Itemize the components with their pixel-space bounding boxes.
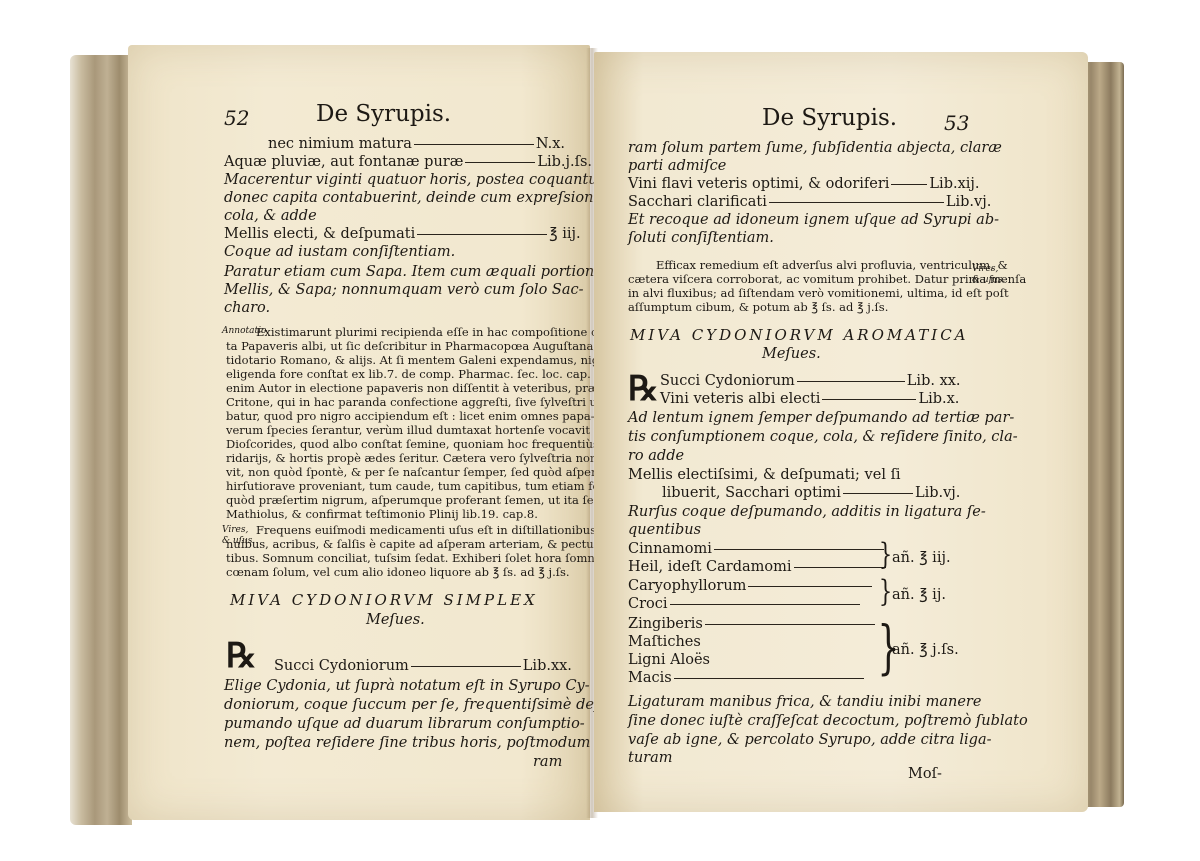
text-line: Rurſus coque deſpumando, additis in liga… — [628, 503, 986, 521]
commentary-line: enim Autor in electione papaveris non di… — [226, 381, 630, 395]
text-line: Elige Cydonia, ut ſuprà notatum eſt in S… — [224, 677, 590, 695]
measure: Lib.xij. — [929, 176, 979, 192]
commentary-line: hirſutiorave proveniant, tum caude, tum … — [226, 479, 620, 493]
text-line: Et recoque ad idoneum ignem uſque ad Syr… — [628, 211, 999, 229]
margin-note-vires: Vires, — [972, 264, 998, 275]
section-author: Meſues. — [762, 345, 821, 363]
usage-line: cœnam ſolum, vel cum alio idoneo liquore… — [226, 565, 570, 579]
leader-dashes — [748, 586, 872, 587]
usage-line: in alvi fluxibus; ad ſiſtendam verò vomi… — [628, 286, 1009, 300]
leader-dashes — [822, 399, 916, 400]
ingredient-line: Mellis electi, & deſpumati℥ iij. — [224, 225, 581, 243]
commentary-line: ridarijs, & hortis propè ædes ſeritur. C… — [226, 451, 623, 465]
text-line: Ad lentum ignem ſemper deſpumando ad ter… — [628, 409, 1014, 427]
margin-note-vires: Vires, — [222, 525, 248, 536]
commentary-line: verum ſpecies ſerantur, verùm illud dumt… — [226, 423, 590, 437]
ingredient-line: Vini veteris albi electiLib.x. — [660, 390, 959, 408]
usage-line: Efficax remedium eſt adverſus alvi profl… — [656, 258, 1008, 272]
ingredient-line: Aquæ pluviæ, aut fontanæ puræLib.j.ſs. — [224, 153, 592, 171]
text-line: Mellis, & Sapa; nonnumquam verò cum ſolo… — [224, 281, 584, 299]
leader-dashes — [794, 567, 886, 568]
text-line: Ligaturam manibus frica, & tandiu inibi … — [628, 693, 981, 711]
spice-line: Cinnamomi — [628, 540, 886, 558]
spice-line: Heil, ideſt Cardamomi — [628, 558, 888, 576]
usage-line: cætera viſcera corroborat, ac vomitum pr… — [628, 272, 1026, 286]
leader-dashes — [411, 666, 521, 667]
measure: ℥ iij. — [549, 226, 580, 242]
leader-dashes — [670, 604, 860, 605]
text-line: quentibus — [628, 521, 701, 539]
leader-dashes — [843, 493, 913, 494]
text-line: donec capita contabuerint, deinde cum ex… — [224, 189, 602, 207]
commentary-line: ta Papaveris albi, ut ſic deſcribitur in… — [226, 339, 620, 353]
text-line: doniorum, coque ſuccum per ſe, frequenti… — [224, 696, 604, 714]
catchword: Moſ- — [908, 765, 942, 783]
measure: Lib.xx. — [523, 658, 572, 674]
usage-line: nuibus, acribus, & ſalſis è capite ad aſ… — [226, 537, 636, 551]
ingredient-line: libuerit, Sacchari optimiLib.vj. — [662, 484, 960, 502]
text-line: vaſe ab igne, & percolato Syrupo, adde c… — [628, 731, 992, 749]
section-title: MIVA CYDONIORVM AROMATICA — [630, 326, 969, 344]
commentary-line: batur, quod pro nigro accipiendum eſt : … — [226, 409, 595, 423]
ingredient-line: Vini flavi veteris optimi, & odoriferiLi… — [628, 175, 980, 193]
leader-dashes — [769, 202, 944, 203]
running-head: De Syrupis. — [316, 105, 451, 123]
left-page-block-edge — [70, 55, 132, 825]
group-measure: añ. ℥ j.ſs. — [892, 642, 959, 658]
leader-dashes — [674, 678, 864, 679]
measure: N.x. — [536, 136, 565, 152]
text-line: pumando uſque ad duarum librarum conſump… — [224, 715, 585, 733]
leader-dashes — [714, 549, 884, 550]
leader-dashes — [705, 624, 875, 625]
page-number: 53 — [944, 114, 969, 132]
group-measure: añ. ℥ ij. — [892, 587, 946, 603]
text-line: ro adde — [628, 447, 684, 465]
brace-group-2: } — [879, 577, 892, 607]
ingredient-line: Succi CydoniorumLib. xx. — [660, 372, 961, 390]
text-line: charo. — [224, 299, 270, 317]
commentary-line: Existimarunt plurimi recipienda eſſe in … — [256, 325, 619, 339]
spice-line: Croci — [628, 595, 862, 613]
leader-dashes — [417, 234, 547, 235]
left-page: 52 De Syrupis. nec nimium maturaN.x. Aqu… — [128, 45, 590, 820]
ingredient-line: nec nimium maturaN.x. — [268, 135, 570, 153]
commentary-line: quòd præſertim nigrum, aſperumque profer… — [226, 493, 614, 507]
spice-line: Maſtiches — [628, 633, 701, 651]
text-line: nem, poſtea reſidere ſine tribus horis, … — [224, 734, 621, 752]
text-line: tis conſumptionem coque, cola, & reſider… — [628, 428, 1018, 446]
commentary-line: vit, non quòd ſpontè, & per ſe naſcantur… — [226, 465, 623, 479]
brace-group-1: } — [879, 540, 892, 570]
usage-line: tibus. Somnum conciliat, tuſsim ſedat. E… — [226, 551, 625, 565]
text-line: Coque ad iustam conſiſtentiam. — [224, 243, 455, 261]
text-line: turam — [628, 749, 673, 767]
running-head: De Syrupis. — [762, 109, 897, 127]
leader-dashes — [797, 381, 905, 382]
section-title: MIVA CYDONIORVM SIMPLEX — [230, 591, 538, 609]
text-line: cola, & adde — [224, 207, 317, 225]
text-line: parti admiſce — [628, 157, 726, 175]
measure: Lib.vj. — [946, 194, 991, 210]
usage-line: Frequens euiſmodi medicamenti uſus eſt i… — [256, 523, 615, 537]
leader-dashes — [465, 162, 535, 163]
usage-line: aſſumptum cibum, & potum ab ℥ ſs. ad ℥ j… — [628, 300, 888, 314]
spice-line: Ligni Aloës — [628, 651, 710, 669]
text-line: Mellis electiſsimi, & deſpumati; vel ſi — [628, 466, 901, 484]
group-measure: añ. ℥ iij. — [892, 550, 951, 566]
text-line: Paratur etiam cum Sapa. Item cum æquali … — [224, 263, 603, 281]
measure: Lib.x. — [918, 391, 959, 407]
leader-dashes — [891, 184, 927, 185]
commentary-line: Mathiolus, & confirmat teſtimonio Plinij… — [226, 507, 538, 521]
leader-dashes — [414, 144, 534, 145]
spice-line: Caryophyllorum — [628, 577, 874, 595]
recipe-symbol: ℞ — [628, 372, 658, 406]
commentary-line: Critone, qui in hac paranda confectione … — [226, 395, 612, 409]
spice-line: Macis — [628, 669, 866, 687]
right-page: De Syrupis. 53 ram ſolum partem ſume, ſu… — [594, 52, 1088, 812]
text-line: Macerentur viginti quatuor horis, postea… — [224, 171, 605, 189]
text-line: ſine donec iuſtè craſſeſcat decoctum, po… — [628, 712, 1028, 730]
commentary-line: eligenda fore conſtat ex lib.7. de comp.… — [226, 367, 624, 381]
measure: Lib. xx. — [907, 373, 961, 389]
recipe-symbol: ℞ — [226, 639, 256, 673]
measure: Lib.vj. — [915, 485, 960, 501]
text-line: ram ſolum partem ſume, ſubſidentia abjec… — [628, 139, 1002, 157]
text-line: ſoluti conſiſtentiam. — [628, 229, 774, 247]
ingredient-line: Succi CydoniorumLib.xx. — [274, 657, 572, 675]
commentary-line: tidotario Romano, & alijs. At ſi mentem … — [226, 353, 611, 367]
spice-line: Zingiberis — [628, 615, 877, 633]
margin-note-usus: & uſus. — [972, 275, 1005, 286]
commentary-line: Dioſcorides, quod albo conſtat ſemine, q… — [226, 437, 617, 451]
section-author: Meſues. — [366, 611, 425, 629]
page-number: 52 — [224, 109, 249, 127]
measure: Lib.j.ſs. — [537, 154, 592, 170]
catchword: ram — [533, 753, 562, 771]
ingredient-line: Sacchari clarificatiLib.vj. — [628, 193, 991, 211]
open-book: 52 De Syrupis. nec nimium maturaN.x. Aqu… — [0, 0, 1200, 861]
